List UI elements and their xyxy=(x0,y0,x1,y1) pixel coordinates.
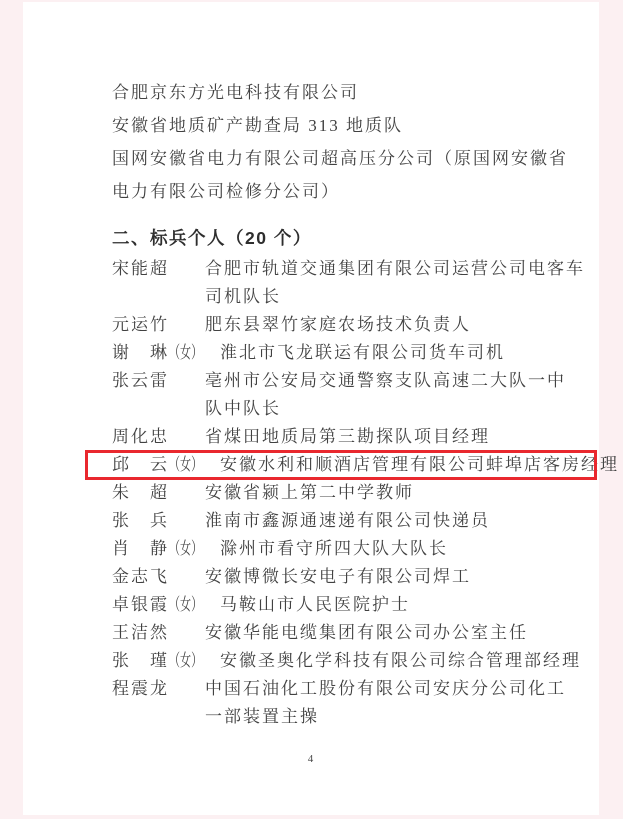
person-position: 滁州市看守所四大队大队长 xyxy=(220,535,583,563)
person-position: 亳州市公安局交通警察支队高速二大队一中 队中队长 xyxy=(205,367,583,423)
person-name-column: 程震龙 xyxy=(112,675,205,703)
person-name-column: 王洁然 xyxy=(112,619,205,647)
person-name: 朱 超 xyxy=(112,479,169,507)
person-name: 谢 琳 xyxy=(112,339,169,367)
person-position: 中国石油化工股份有限公司安庆分公司化工 一部装置主操 xyxy=(205,675,583,731)
person-gender: （女） xyxy=(169,647,202,675)
person-name: 金志飞 xyxy=(112,563,169,591)
person-name-column: 金志飞 xyxy=(112,563,205,591)
person-name: 元运竹 xyxy=(112,311,169,339)
person-name: 张 瑾 xyxy=(112,647,169,675)
person-name: 邱 云 xyxy=(112,451,169,479)
person-row: 张云雷亳州市公安局交通警察支队高速二大队一中 队中队长 xyxy=(112,367,583,423)
person-gender: （女） xyxy=(169,535,202,563)
person-position: 安徽圣奥化学科技有限公司综合管理部经理 xyxy=(220,647,583,675)
intro-block: 合肥京东方光电科技有限公司安徽省地质矿产勘查局 313 地质队国网安徽省电力有限… xyxy=(112,76,583,208)
person-name: 程震龙 xyxy=(112,675,169,703)
person-row: 王洁然安徽华能电缆集团有限公司办公室主任 xyxy=(112,619,583,647)
person-gender: （女） xyxy=(169,451,202,479)
person-position: 合肥市轨道交通集团有限公司运营公司电客车 司机队长 xyxy=(205,255,585,311)
person-row: 程震龙中国石油化工股份有限公司安庆分公司化工 一部装置主操 xyxy=(112,675,583,731)
person-name: 宋能超 xyxy=(112,255,169,283)
document-page: 合肥京东方光电科技有限公司安徽省地质矿产勘查局 313 地质队国网安徽省电力有限… xyxy=(0,0,623,819)
person-name: 王洁然 xyxy=(112,619,169,647)
person-name-column: 张云雷 xyxy=(112,367,205,395)
intro-line: 安徽省地质矿产勘查局 313 地质队 xyxy=(112,109,583,142)
person-name: 周化忠 xyxy=(112,423,169,451)
person-row: 卓银霞（女）马鞍山市人民医院护士 xyxy=(112,591,583,619)
person-name: 卓银霞 xyxy=(112,591,169,619)
people-list: 宋能超合肥市轨道交通集团有限公司运营公司电客车 司机队长元运竹肥东县翠竹家庭农场… xyxy=(112,255,583,731)
person-name-column: 卓银霞（女） xyxy=(112,591,220,619)
person-position: 淮南市鑫源通速递有限公司快递员 xyxy=(205,507,583,535)
person-position: 淮北市飞龙联运有限公司货车司机 xyxy=(220,339,583,367)
person-gender: （女） xyxy=(169,339,202,367)
intro-line: 电力有限公司检修分公司） xyxy=(112,175,583,208)
person-position: 肥东县翠竹家庭农场技术负责人 xyxy=(205,311,583,339)
person-name-column: 肖 静（女） xyxy=(112,535,220,563)
person-position: 安徽博微长安电子有限公司焊工 xyxy=(205,563,583,591)
person-row: 邱 云（女）安徽水利和顺酒店管理有限公司蚌埠店客房经理 xyxy=(112,451,583,479)
section-heading: 二、标兵个人（20 个） xyxy=(112,225,583,251)
person-name-column: 张 兵 xyxy=(112,507,205,535)
person-row: 朱 超安徽省颍上第二中学教师 xyxy=(112,479,583,507)
person-name: 肖 静 xyxy=(112,535,169,563)
person-row: 张 兵淮南市鑫源通速递有限公司快递员 xyxy=(112,507,583,535)
person-name-column: 谢 琳（女） xyxy=(112,339,220,367)
person-position: 安徽水利和顺酒店管理有限公司蚌埠店客房经理 xyxy=(220,451,619,479)
person-position: 省煤田地质局第三勘探队项目经理 xyxy=(205,423,583,451)
person-row: 周化忠省煤田地质局第三勘探队项目经理 xyxy=(112,423,583,451)
person-name-column: 邱 云（女） xyxy=(112,451,220,479)
person-gender: （女） xyxy=(169,591,202,619)
intro-line: 国网安徽省电力有限公司超高压分公司（原国网安徽省 xyxy=(112,142,583,175)
person-name-column: 宋能超 xyxy=(112,255,205,283)
person-name: 张云雷 xyxy=(112,367,169,395)
person-row: 宋能超合肥市轨道交通集团有限公司运营公司电客车 司机队长 xyxy=(112,255,583,311)
intro-line: 合肥京东方光电科技有限公司 xyxy=(112,76,583,109)
person-name-column: 朱 超 xyxy=(112,479,205,507)
person-row: 金志飞安徽博微长安电子有限公司焊工 xyxy=(112,563,583,591)
person-row: 元运竹肥东县翠竹家庭农场技术负责人 xyxy=(112,311,583,339)
person-row: 肖 静（女）滁州市看守所四大队大队长 xyxy=(112,535,583,563)
person-row: 张 瑾（女）安徽圣奥化学科技有限公司综合管理部经理 xyxy=(112,647,583,675)
paper: 合肥京东方光电科技有限公司安徽省地质矿产勘查局 313 地质队国网安徽省电力有限… xyxy=(23,2,599,815)
person-position: 安徽省颍上第二中学教师 xyxy=(205,479,583,507)
person-position: 马鞍山市人民医院护士 xyxy=(220,591,583,619)
page-number: 4 xyxy=(23,753,599,765)
person-position: 安徽华能电缆集团有限公司办公室主任 xyxy=(205,619,583,647)
person-name-column: 周化忠 xyxy=(112,423,205,451)
person-name: 张 兵 xyxy=(112,507,169,535)
person-name-column: 张 瑾（女） xyxy=(112,647,220,675)
person-row: 谢 琳（女）淮北市飞龙联运有限公司货车司机 xyxy=(112,339,583,367)
person-name-column: 元运竹 xyxy=(112,311,205,339)
